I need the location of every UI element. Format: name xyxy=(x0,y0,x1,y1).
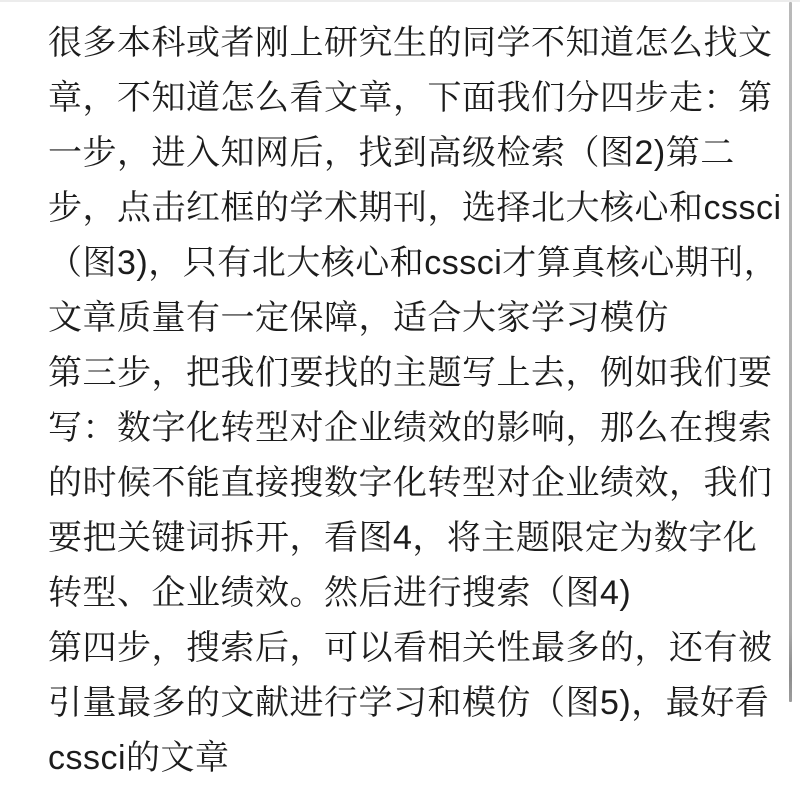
scrollbar[interactable] xyxy=(789,2,792,702)
text-line: 一步，进入知网后，找到高级检索（图2)第二 xyxy=(48,126,780,181)
text-line: cssci的文章 xyxy=(48,731,780,786)
text-line: 的时候不能直接搜数字化转型对企业绩效，我们 xyxy=(48,456,780,511)
text-line: 第四步，搜索后，可以看相关性最多的，还有被 xyxy=(48,621,780,676)
text-line: 第三步，把我们要找的主题写上去，例如我们要 xyxy=(48,346,780,401)
text-line: 章，不知道怎么看文章，下面我们分四步走：第 xyxy=(48,71,780,126)
text-line: 转型、企业绩效。然后进行搜索（图4) xyxy=(48,566,780,621)
text-line: 写：数字化转型对企业绩效的影响，那么在搜索 xyxy=(48,401,780,456)
article-text: 很多本科或者刚上研究生的同学不知道怎么找文 章，不知道怎么看文章，下面我们分四步… xyxy=(48,16,780,786)
text-line: 引量最多的文献进行学习和模仿（图5)，最好看 xyxy=(48,676,780,731)
text-line: 要把关键词拆开，看图4，将主题限定为数字化 xyxy=(48,511,780,566)
document-page: 很多本科或者刚上研究生的同学不知道怎么找文 章，不知道怎么看文章，下面我们分四步… xyxy=(0,0,800,802)
text-line: 很多本科或者刚上研究生的同学不知道怎么找文 xyxy=(48,16,780,71)
text-line: 文章质量有一定保障，适合大家学习模仿 xyxy=(48,291,780,346)
text-line: 步，点击红框的学术期刊，选择北大核心和cssci xyxy=(48,181,780,236)
text-line: （图3)，只有北大核心和cssci才算真核心期刊， xyxy=(48,236,780,291)
